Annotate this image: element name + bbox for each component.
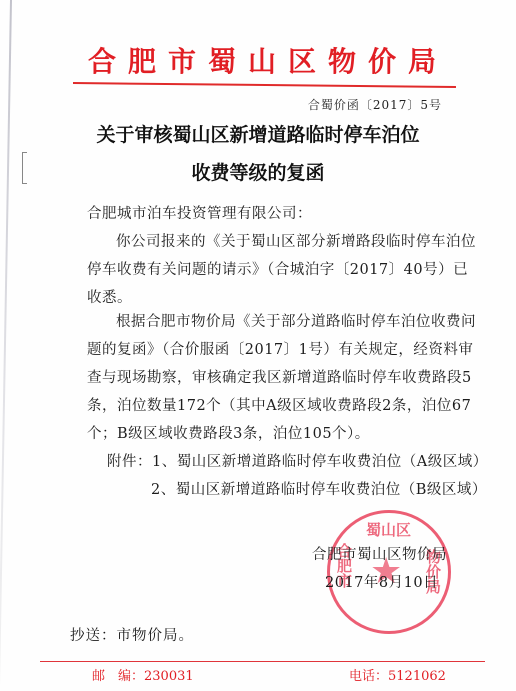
letterhead-rule [73,82,456,88]
attachment-2: 2、蜀山区新增道路临时停车收费泊位（B级区域） [107,476,507,504]
seal-text-top: 蜀山区 [366,519,411,540]
scan-margin-line [0,0,12,691]
letterhead-title: 合肥市蜀山区物价局 [88,40,448,80]
footer-phone: 电话：5121062 [349,665,446,684]
attachment-1: 附件：1、蜀山区新增道路临时停车收费泊位（A级区域） [107,448,507,476]
body-paragraph-1: 你公司报来的《关于蜀山区部分新增路段临时停车泊位停车收费有关问题的请示》（合城泊… [87,228,482,312]
issue-date: 2017年8月10日 [325,571,438,592]
issuer-name: 合肥市蜀山区物价局 [312,543,447,564]
subject-line-2: 收费等级的复函 [0,158,516,185]
document-number: 合蜀价函〔2017〕5号 [308,96,442,113]
addressee: 合肥城市泊车投资管理有限公司： [87,200,482,228]
attachments: 附件：1、蜀山区新增道路临时停车收费泊位（A级区域） 2、蜀山区新增道路临时停车… [107,448,507,504]
carbon-copy: 抄送：市物价局。 [70,624,194,645]
body-paragraph-2: 根据合肥市物价局《关于部分道路临时停车泊位收费问题的复函》（合价服函〔2017〕… [87,308,482,448]
subject-line-1: 关于审核蜀山区新增道路临时停车泊位 [0,120,516,147]
document-page: 合肥市蜀山区物价局 合蜀价函〔2017〕5号 关于审核蜀山区新增道路临时停车泊位… [0,0,516,691]
footer-rule [40,661,485,662]
footer-postal-code: 邮 编：230031 [92,665,194,684]
